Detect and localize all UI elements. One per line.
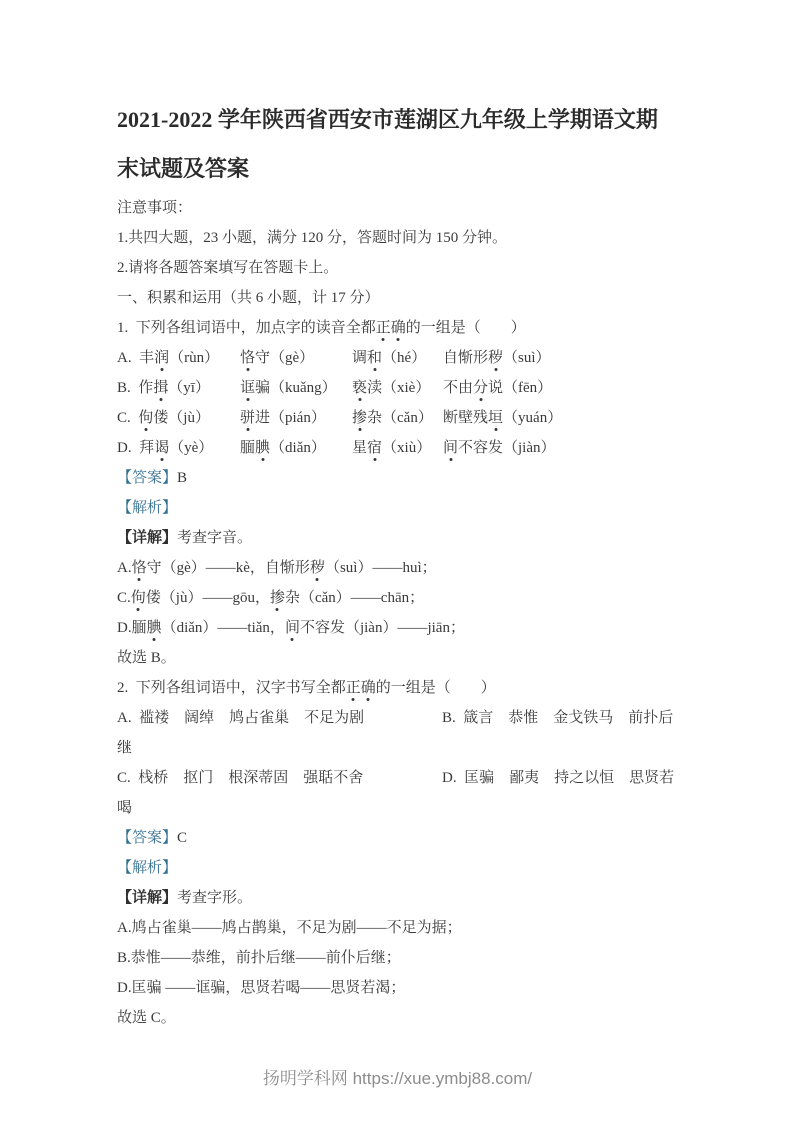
q1-a-word-4: 自惭形秽（suì） [443,343,678,373]
q2-detail-item-a: A.鸠占雀巢——鸠占鹊巢，不足为剧——不足为据； [117,913,678,943]
q1-detail-line: 【详解】考查字音。 [117,523,678,553]
q2-option-b: B. 箴言 恭惟 金戈铁马 前扑后 [442,703,678,733]
q2-option-c: C. 栈桥 抠门 根深蒂固 强聒不舍 [117,763,442,793]
q2-detail-label: 【详解】 [117,890,177,906]
q1-d-word-1: D. 拜谒（yè） [117,433,240,463]
q1-detail-item-a: A.恪守（gè）——kè，自惭形秽（suì）——huì； [117,553,678,583]
q2-detail-item-b: B.恭惟——恭维，前扑后继——前仆后继； [117,943,678,973]
note-item-2: 2.请将各题答案填写在答题卡上。 [117,253,678,283]
q1-c-word-4: 断壁残垣（yuán） [443,403,678,433]
q1-option-d: D. 拜谒（yè） 腼腆（diǎn） 星宿（xiù） 间不容发（jiàn） [117,433,678,463]
q1-d-word-2: 腼腆（diǎn） [240,433,352,463]
q2-conclusion: 故选 C。 [117,1003,678,1033]
q1-detail-intro: 考查字音。 [177,530,252,546]
q2-stem: 2. 下列各组词语中，汉字书写全都正确的一组是（ ） [117,673,678,703]
q2-analysis-label: 【解析】 [117,860,177,876]
q1-d-word-3: 星宿（xiù） [352,433,443,463]
q1-analysis-label: 【解析】 [117,500,177,516]
q2-detail-item-d: D.匡骗 ——诓骗，思贤若喝——思贤若渴； [117,973,678,1003]
note-item-1: 1.共四大题，23 小题，满分 120 分，答题时间为 150 分钟。 [117,223,678,253]
q1-b-word-2: 诓骗（kuǎng） [240,373,352,403]
q1-b-word-1: B. 作揖（yī） [117,373,240,403]
q1-a-word-2: 恪守（gè） [240,343,352,373]
site-watermark: 扬明学科网 https://xue.ymbj88.com/ [117,1067,678,1091]
document-title: 2021-2022 学年陕西省西安市莲湖区九年级上学期语文期末试题及答案 [117,95,678,193]
q2-option-d: D. 匡骗 鄙夷 持之以恒 思贤若 [442,763,678,793]
q1-d-word-4: 间不容发（jiàn） [443,433,678,463]
q1-answer-value: B [177,470,187,486]
q1-answer-label: 【答案】 [117,470,177,486]
q1-b-word-4: 不由分说（fēn） [443,373,678,403]
q1-c-word-3: 掺杂（cǎn） [352,403,443,433]
q1-answer-line: 【答案】B [117,463,678,493]
q2-detail-intro: 考查字形。 [177,890,252,906]
q1-c-word-1: C. 佝偻（jù） [117,403,240,433]
q2-option-a: A. 褴褛 阔绰 鸠占雀巢 不足为剧 [117,703,442,733]
q1-option-a: A. 丰润（rùn） 恪守（gè） 调和（hé） 自惭形秽（suì） [117,343,678,373]
q1-detail-item-c: C.佝偻（jù）——gōu，掺杂（cǎn）——chān； [117,583,678,613]
q1-analysis-line: 【解析】 [117,493,678,523]
q2-answer-line: 【答案】C [117,823,678,853]
q2-option-b-wrap: 继 [117,733,678,763]
section-heading: 一、积累和运用（共 6 小题，计 17 分） [117,283,678,313]
q2-detail-line: 【详解】考查字形。 [117,883,678,913]
q1-detail-label: 【详解】 [117,530,177,546]
q2-answer-value: C [177,830,187,846]
q1-detail-item-d: D.腼腆（diǎn）——tiǎn，间不容发（jiàn）——jiān； [117,613,678,643]
q1-a-word-3: 调和（hé） [352,343,443,373]
q2-answer-label: 【答案】 [117,830,177,846]
notes-heading: 注意事项： [117,193,678,223]
q2-analysis-line: 【解析】 [117,853,678,883]
q1-conclusion: 故选 B。 [117,643,678,673]
q1-b-word-3: 亵渎（xiè） [352,373,443,403]
q1-c-word-2: 骈进（pián） [240,403,352,433]
q2-option-d-wrap: 喝 [117,793,678,823]
document-page: 2021-2022 学年陕西省西安市莲湖区九年级上学期语文期末试题及答案 注意事… [0,0,793,1091]
q1-stem: 1. 下列各组词语中，加点字的读音全都正确的一组是（ ） [117,313,678,343]
q1-a-word-1: A. 丰润（rùn） [117,343,240,373]
q1-option-b: B. 作揖（yī） 诓骗（kuǎng） 亵渎（xiè） 不由分说（fēn） [117,373,678,403]
q1-option-c: C. 佝偻（jù） 骈进（pián） 掺杂（cǎn） 断壁残垣（yuán） [117,403,678,433]
q2-option-row-cd: C. 栈桥 抠门 根深蒂固 强聒不舍 D. 匡骗 鄙夷 持之以恒 思贤若 [117,763,678,793]
q2-option-row-ab: A. 褴褛 阔绰 鸠占雀巢 不足为剧 B. 箴言 恭惟 金戈铁马 前扑后 [117,703,678,733]
